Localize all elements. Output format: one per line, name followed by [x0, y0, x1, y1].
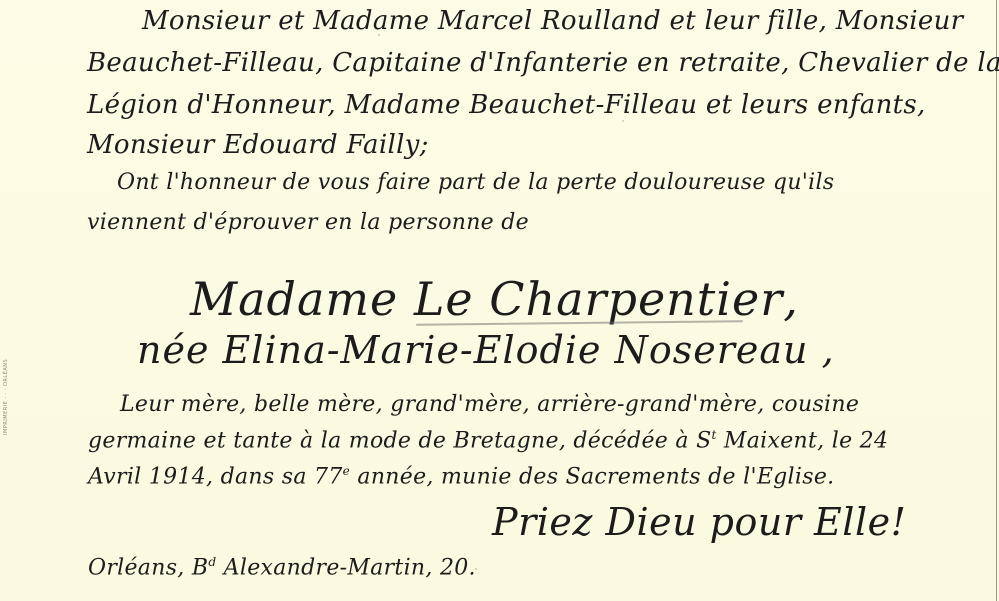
- maiden-name-text: Elina-Marie-Elodie Nosereau: [223, 328, 809, 372]
- announcement-line-1: Ont l'honneur de vous faire part de la p…: [117, 170, 834, 195]
- address-a: Orléans, B: [88, 555, 208, 580]
- paper-speck: [378, 34, 380, 36]
- paper-speck: [212, 302, 214, 304]
- announcement-line-2: viennent d'éprouver en la personne de: [87, 210, 529, 235]
- card-edge-line: [996, 0, 997, 601]
- maiden-name: née Elina-Marie-Elodie Nosereau ,: [137, 328, 835, 372]
- details-line-3-sup: e: [343, 464, 350, 478]
- maiden-name-comma: ,: [809, 328, 835, 372]
- details-line-3: Avril 1914, dans sa 77e année, munie des…: [88, 464, 834, 489]
- announcers-line-4: Monsieur Edouard Failly;: [87, 130, 429, 160]
- deceased-surname-comma: ,: [783, 272, 799, 326]
- details-line-2: germaine et tante à la mode de Bretagne,…: [88, 428, 888, 453]
- address-b: Alexandre-Martin, 20.: [216, 555, 475, 580]
- details-line-3-b: année, munie des Sacrements de l'Eglise.: [350, 464, 834, 489]
- announcers-line-2: Beauchet-Filleau, Capitaine d'Infanterie…: [87, 48, 999, 78]
- announcers-line-1: Monsieur et Madame Marcel Roulland et le…: [142, 6, 963, 36]
- deceased-surname-wrap: Le Charpentier: [414, 272, 783, 326]
- funeral-announcement-card: IMPRIMERIE · · · ORLÉANS Monsieur et Mad…: [0, 0, 999, 601]
- deceased-name: Madame Le Charpentier ,: [190, 272, 799, 326]
- deceased-title: Madame: [190, 272, 398, 326]
- printer-imprint: IMPRIMERIE · · · ORLÉANS: [3, 335, 9, 435]
- prayer-line: Priez Dieu pour Elle!: [492, 500, 906, 544]
- details-line-3-a: Avril 1914, dans sa 77: [88, 464, 343, 489]
- details-line-1: Leur mère, belle mère, grand'mère, arriè…: [120, 392, 859, 417]
- details-line-2-a: germaine et tante à la mode de Bretagne,…: [88, 428, 711, 453]
- address-line: Orléans, Bd Alexandre-Martin, 20.: [88, 555, 476, 580]
- details-line-2-b: Maixent, le 24: [717, 428, 889, 453]
- announcers-line-3: Légion d'Honneur, Madame Beauchet-Fillea…: [87, 90, 926, 120]
- paper-speck: [622, 120, 624, 122]
- maiden-prefix: née: [137, 328, 209, 372]
- deceased-surname: Le Charpentier: [414, 272, 783, 326]
- paper-speck: [475, 568, 477, 570]
